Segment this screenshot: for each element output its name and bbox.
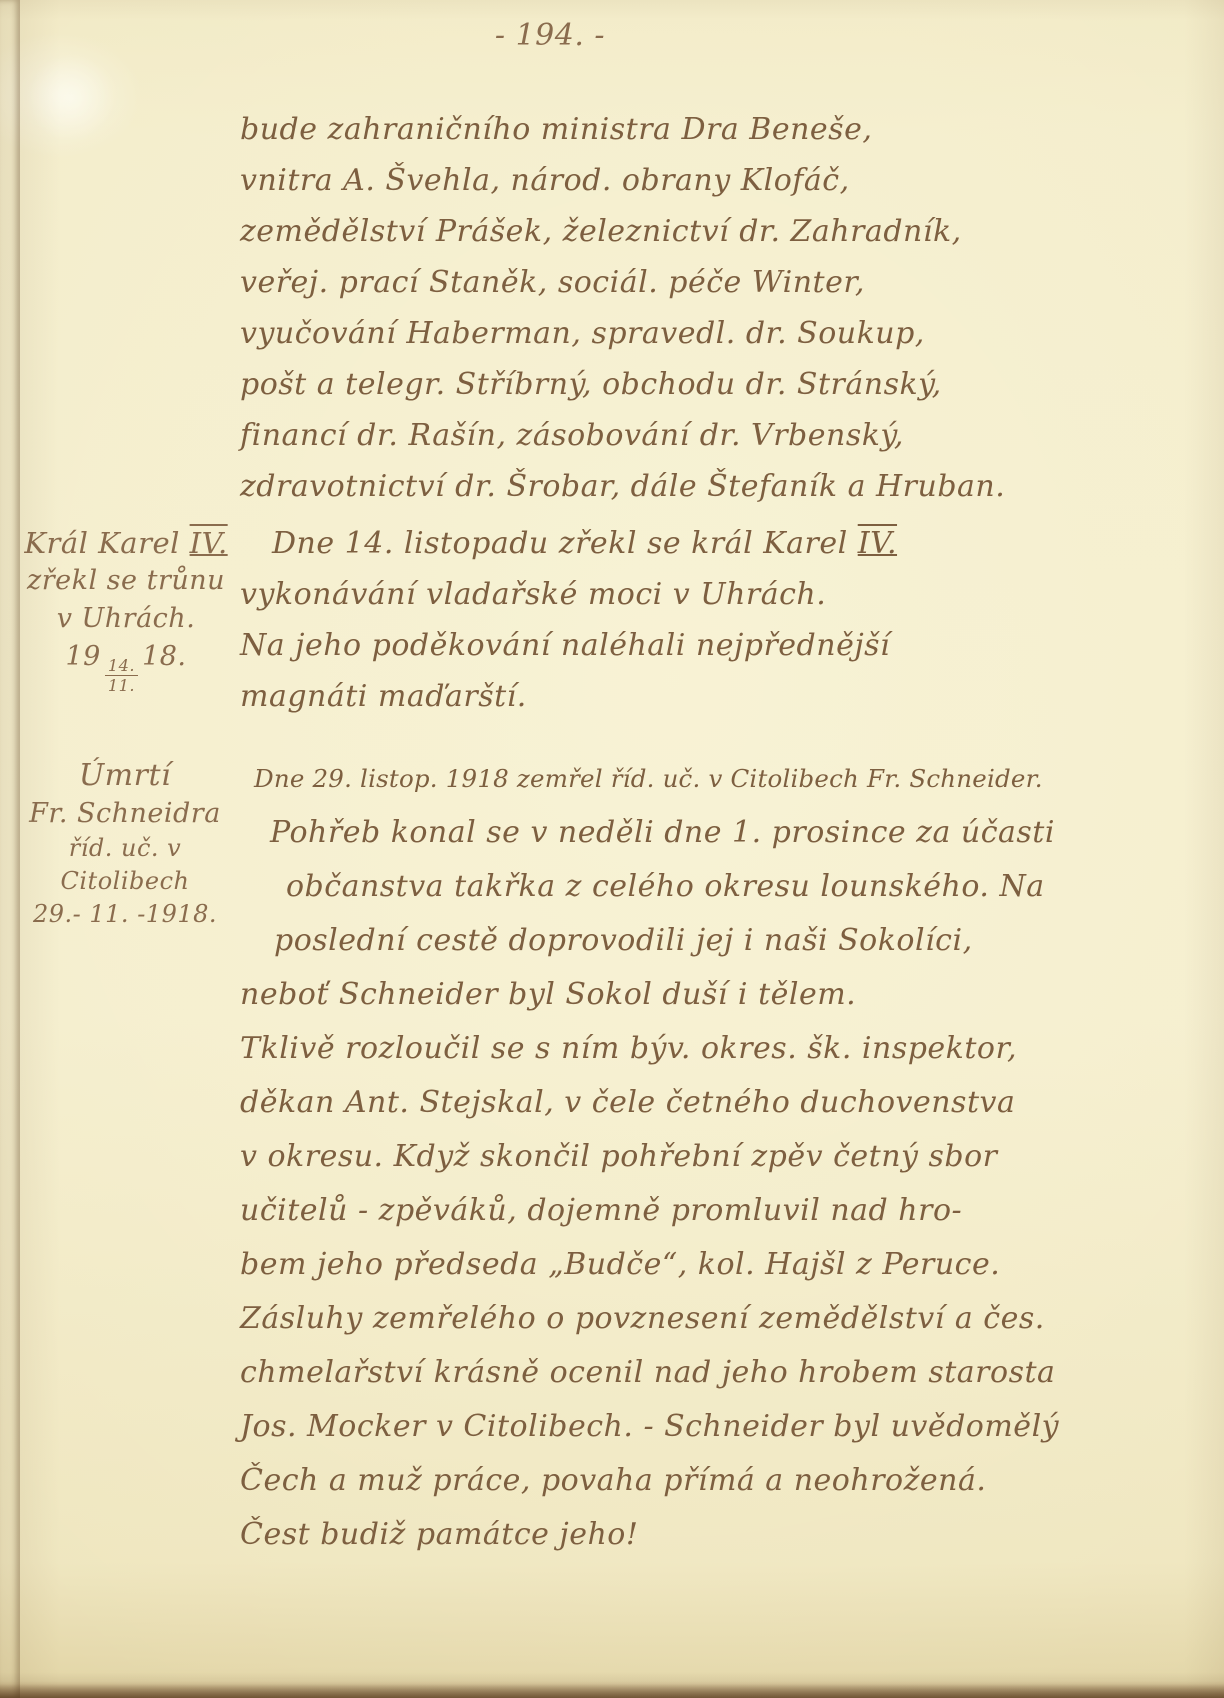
text-line: poslední cestě doprovodili jej i naši So…	[240, 914, 1145, 968]
date-month: 11.	[105, 676, 138, 694]
text-line-part: Dne 14. listopadu zřekl se král Karel	[272, 526, 858, 561]
date-fraction: 14.11.	[105, 657, 138, 694]
roman-numeral: IV.	[190, 526, 228, 560]
text-line: děkan Ant. Stejskal, v čele četného duch…	[240, 1076, 1145, 1130]
margin-note-date: 29.- 11. -1918.	[6, 898, 244, 931]
text-line: financí dr. Rašín, zásobování dr. Vrbens…	[240, 410, 1145, 461]
text-line: magnáti maďarští.	[240, 671, 1145, 722]
text-line: neboť Schneider byl Sokol duší i tělem.	[240, 968, 1145, 1022]
text-line: učitelů - zpěváků, dojemně promluvil nad…	[240, 1184, 1145, 1238]
text-line: vyučování Haberman, spravedl. dr. Soukup…	[240, 308, 1145, 359]
text-line: Jos. Mocker v Citolibech. - Schneider by…	[240, 1400, 1145, 1454]
margin-note-line: zřekl se trůnu	[18, 562, 234, 600]
paper-stain	[28, 55, 114, 141]
text-line: vnitra A. Švehla, národ. obrany Klofáč,	[240, 155, 1145, 206]
paragraph-schneider-funeral: Dne 29. listop. 1918 zemřel říd. uč. v C…	[240, 752, 1145, 1562]
text-line: Dne 29. listop. 1918 zemřel říd. uč. v C…	[240, 752, 1145, 806]
text-line: v okresu. Když skončil pohřební zpěv čet…	[240, 1130, 1145, 1184]
margin-note-death-schneider: Úmrtí Fr. Schneidra říd. uč. v Citolibec…	[6, 756, 244, 931]
text-line: Čest budiž památce jeho!	[240, 1508, 1145, 1562]
margin-note-date: 1914.11.18.	[18, 638, 234, 694]
text-line: Čech a muž práce, povaha přímá a neohrož…	[240, 1454, 1145, 1508]
margin-note-role: říd. uč. v Citolibech	[6, 832, 244, 898]
text-line: Zásluhy zemřelého o povznesení zemědělst…	[240, 1292, 1145, 1346]
margin-note-name: Fr. Schneidra	[6, 796, 244, 832]
text-line: Dne 14. listopadu zřekl se král Karel IV…	[240, 518, 1145, 569]
chronicle-page: - 194. - Král Karel IV. zřekl se trůnu v…	[0, 0, 1224, 1698]
text-line: Na jeho poděkování naléhali nejpřednější	[240, 620, 1145, 671]
text-line: zemědělství Prášek, železnictví dr. Zahr…	[240, 206, 1145, 257]
date-year-prefix: 19	[65, 641, 100, 672]
text-line: veřej. prací Staněk, sociál. péče Winter…	[240, 257, 1145, 308]
text-line: vykonávání vladařské moci v Uhrách.	[240, 569, 1145, 620]
text-line: bem jeho předseda „Budče“, kol. Hajšl z …	[240, 1238, 1145, 1292]
page-bottom-edge-shadow	[0, 1684, 1224, 1698]
margin-note-title-text: Král Karel	[24, 526, 189, 560]
date-day: 14.	[105, 657, 138, 676]
text-line: občanstva takřka z celého okresu lounské…	[240, 860, 1145, 914]
text-line: Tklivě rozloučil se s ním býv. okres. šk…	[240, 1022, 1145, 1076]
margin-note-line: v Uhrách.	[18, 600, 234, 638]
paragraph-karel-abdication: Dne 14. listopadu zřekl se král Karel IV…	[240, 518, 1145, 722]
text-line: bude zahraničního ministra Dra Beneše,	[240, 104, 1145, 155]
page-number: - 194. -	[430, 16, 670, 56]
text-line: Pohřeb konal se v neděli dne 1. prosince…	[240, 806, 1145, 860]
text-line: pošt a telegr. Stříbrný, obchodu dr. Str…	[240, 359, 1145, 410]
margin-note-title: Král Karel IV.	[18, 524, 234, 562]
margin-note-title: Úmrtí	[6, 756, 244, 796]
paragraph-government-ministers: bude zahraničního ministra Dra Beneše, v…	[240, 104, 1145, 512]
text-line: chmelařství krásně ocenil nad jeho hrobe…	[240, 1346, 1145, 1400]
roman-numeral: IV.	[858, 526, 897, 561]
date-year-suffix: 18.	[142, 641, 186, 672]
margin-note-king-abdication: Král Karel IV. zřekl se trůnu v Uhrách. …	[18, 524, 234, 694]
text-line: zdravotnictví dr. Šrobar, dále Štefaník …	[240, 461, 1145, 512]
